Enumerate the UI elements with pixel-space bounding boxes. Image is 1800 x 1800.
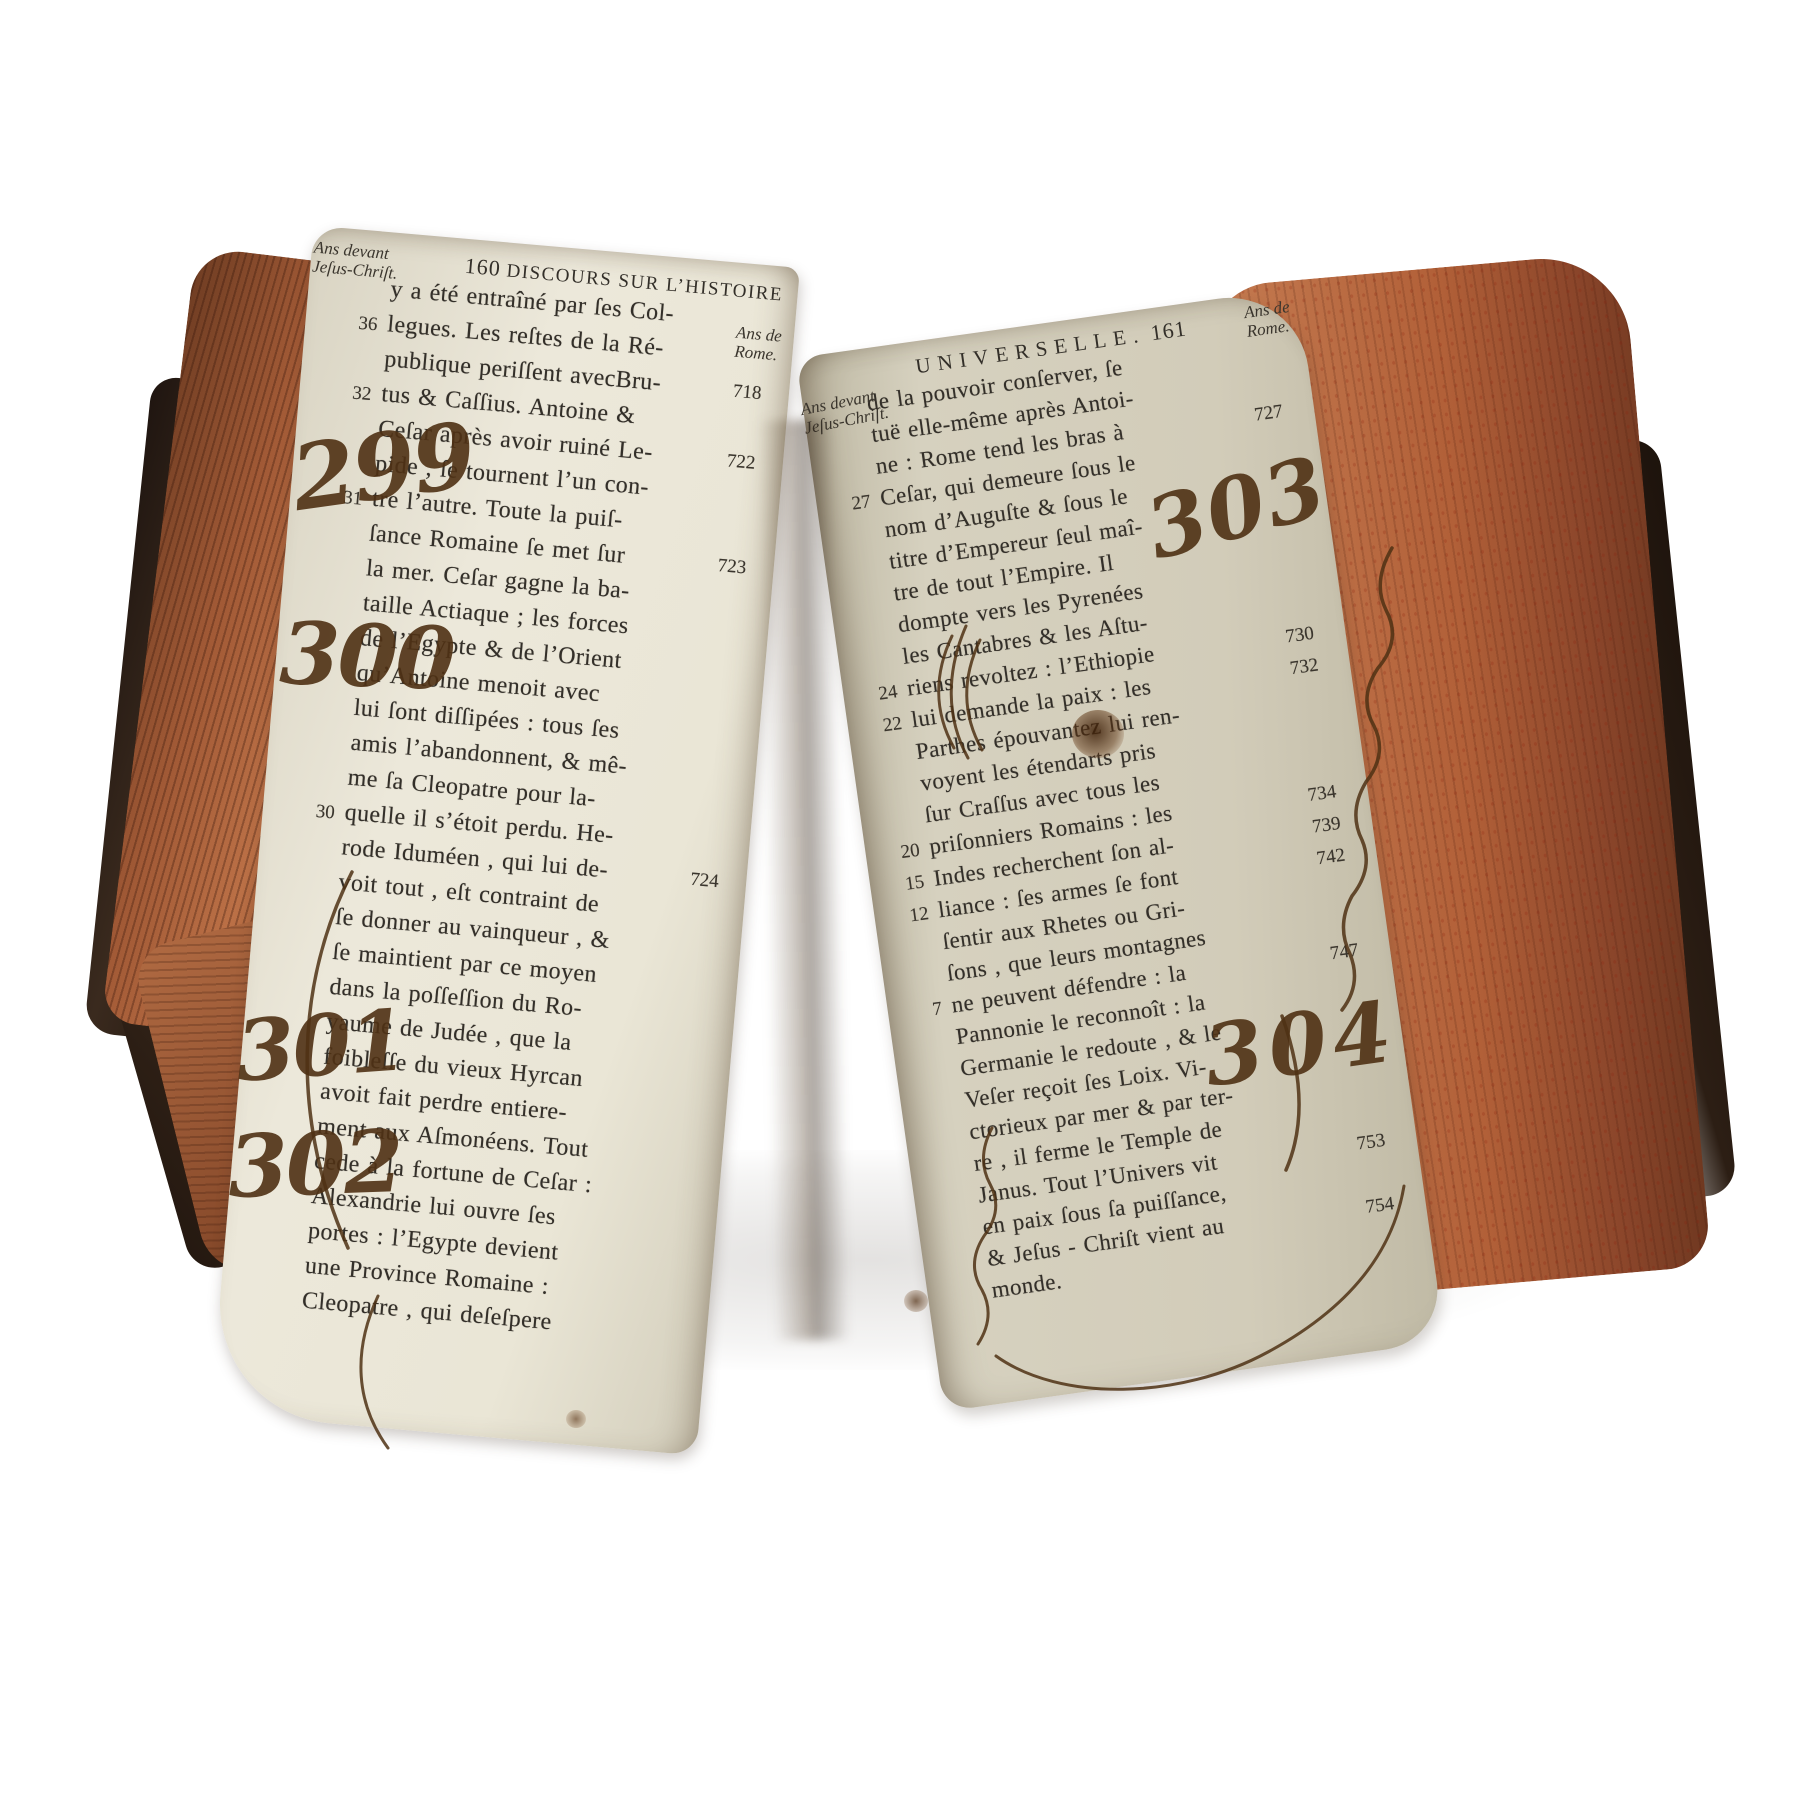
margin-year-bc <box>328 361 384 366</box>
margin-year-rome <box>689 850 739 854</box>
margin-year-bc <box>874 822 925 829</box>
margin-header-years-of-rome: Ans de Rome. <box>1243 296 1302 341</box>
margin-year-bc <box>928 1203 979 1210</box>
margin-year-rome <box>1296 731 1346 738</box>
margin-year-rome: 742 <box>1311 842 1364 871</box>
margin-year-bc: 27 <box>828 490 883 519</box>
margin-year-bc: 32 <box>325 380 383 407</box>
book-page-left: Ans devant Jeſus-Chriſt. 160DISCOURS SUR… <box>210 225 800 1455</box>
margin-year-rome <box>683 919 733 923</box>
margin-year-rome <box>1358 1175 1408 1182</box>
margin-year-bc <box>852 664 903 671</box>
margin-year-bc: 7 <box>899 997 954 1026</box>
margin-year-bc <box>295 745 351 750</box>
margin-year-rome <box>716 536 766 540</box>
spine-gutter-shadow <box>758 419 850 1340</box>
margin-year-bc <box>313 536 369 541</box>
margin-year-bc <box>834 537 885 544</box>
margin-year-bc <box>906 1044 957 1051</box>
margin-year-rome: 727 <box>1249 398 1302 427</box>
margin-year-rome <box>1274 573 1324 580</box>
handwritten-number-301: 301 <box>233 990 409 1101</box>
margin-year-rome: 754 <box>1360 1191 1413 1220</box>
ink-stain <box>566 1410 586 1428</box>
margin-year-rome <box>1291 699 1341 706</box>
margin-year-bc <box>914 1108 965 1115</box>
margin-header-years-of-rome: Ans de Rome. <box>734 323 795 366</box>
handwritten-number-300: 300 <box>278 603 455 710</box>
margin-year-bc <box>941 1298 992 1305</box>
margin-year-rome <box>680 954 730 958</box>
margin-year-bc <box>910 1076 961 1083</box>
margin-year-rome <box>671 1059 721 1063</box>
margin-year-bc <box>937 1266 988 1273</box>
margin-year-rome <box>1349 1111 1399 1118</box>
margin-year-bc <box>252 1233 308 1238</box>
margin-year-rome <box>695 780 745 784</box>
margin-header-years-before-christ: Ans devant Jeſus-Chriſt. <box>311 238 438 287</box>
margin-year-rome <box>701 710 751 714</box>
margin-year-rome <box>655 1233 705 1237</box>
margin-year-rome <box>1367 1238 1417 1245</box>
margin-year-rome <box>1322 921 1372 928</box>
photo-of-open-book: Ans devant Jeſus-Chriſt. 160DISCOURS SUR… <box>0 0 1800 1800</box>
margin-year-rome <box>698 745 748 749</box>
margin-year-bc <box>919 1139 970 1146</box>
margin-year-bc <box>285 849 341 854</box>
ink-stain <box>904 1290 928 1312</box>
margin-year-rome <box>1242 351 1292 358</box>
margin-year-bc <box>334 291 390 296</box>
margin-year-bc: 30 <box>288 799 346 826</box>
margin-year-rome <box>664 1128 714 1132</box>
margin-year-rome <box>652 1268 702 1272</box>
margin-year-bc: 24 <box>854 680 909 709</box>
margin-year-bc <box>249 1268 305 1273</box>
margin-year-rome: 753 <box>1351 1127 1404 1156</box>
margin-year-rome <box>692 815 742 819</box>
margin-year-rome: 732 <box>1285 652 1338 681</box>
margin-year-bc <box>298 710 354 715</box>
margin-year-rome <box>1318 890 1368 897</box>
margin-year-rome <box>704 675 754 679</box>
margin-year-rome: 724 <box>685 868 737 894</box>
margin-year-rome: 718 <box>728 380 780 406</box>
ink-stain <box>1072 710 1124 758</box>
margin-year-rome <box>674 1024 724 1028</box>
margin-year-rome <box>710 605 760 609</box>
margin-year-rome: 723 <box>713 555 765 581</box>
margin-year-bc <box>843 601 894 608</box>
margin-year-bc <box>282 884 338 889</box>
margin-year-bc <box>923 1171 974 1178</box>
margin-year-rome <box>646 1338 696 1342</box>
margin-year-rome: 730 <box>1280 620 1333 649</box>
margin-year-bc <box>866 759 917 766</box>
margin-year-rome: 739 <box>1307 810 1360 839</box>
margin-year-rome <box>1278 604 1328 611</box>
handwritten-number-302: 302 <box>226 1111 403 1218</box>
margin-year-bc <box>279 919 335 924</box>
page-number-161: 161 <box>1149 315 1188 345</box>
margin-year-bc <box>848 632 899 639</box>
margin-year-bc: 12 <box>886 902 941 931</box>
margin-year-bc <box>276 954 332 959</box>
margin-year-rome <box>707 640 757 644</box>
margin-year-rome: 734 <box>1302 779 1355 808</box>
margin-year-bc: 36 <box>331 310 389 337</box>
margin-year-rome: 747 <box>1325 937 1378 966</box>
margin-year-bc: 22 <box>859 712 914 741</box>
margin-year-rome <box>1247 383 1297 390</box>
margin-year-bc <box>870 791 921 798</box>
margin-year-bc <box>932 1234 983 1241</box>
margin-year-bc <box>839 569 890 576</box>
margin-year-rome <box>668 1094 718 1098</box>
margin-year-bc: 20 <box>877 838 932 867</box>
margin-year-bc: 15 <box>881 870 936 899</box>
margin-year-rome <box>661 1163 711 1167</box>
margin-year-bc <box>897 981 948 988</box>
page-number-160: 160 <box>464 253 502 281</box>
margin-year-rome <box>1300 763 1350 770</box>
margin-year-bc <box>310 570 366 575</box>
margin-year-bc <box>273 989 329 994</box>
margin-year-rome <box>658 1198 708 1202</box>
margin-year-bc <box>291 780 347 785</box>
margin-year-rome <box>649 1303 699 1307</box>
margin-year-bc <box>892 949 943 956</box>
margin-year-rome <box>677 989 727 993</box>
margin-year-bc <box>246 1303 302 1308</box>
